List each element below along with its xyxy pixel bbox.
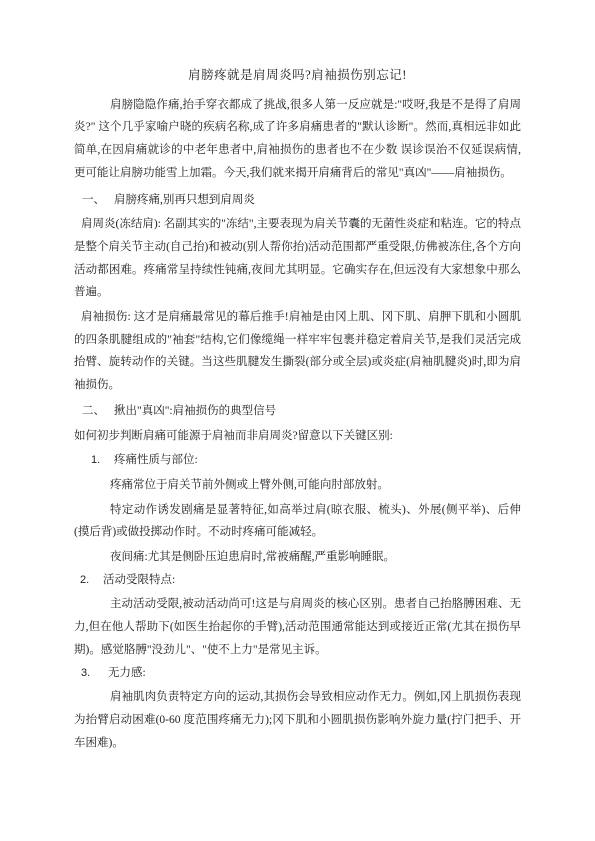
section-1-heading: 一、肩膀疼痛,别再只想到肩周炎 xyxy=(74,189,521,212)
list-item-1: 1.疼痛性质与部位: xyxy=(74,449,521,472)
section-2-heading: 二、揪出"真凶":肩袖损伤的典型信号 xyxy=(74,400,521,423)
document-content: 肩膀疼就是肩周炎吗?肩袖损伤别忘记! 肩膀隐隐作痛,抬手穿衣都成了挑战,很多人第… xyxy=(74,64,521,754)
section-1-number: 一、 xyxy=(82,194,105,206)
section-2-lead-paragraph: 如何初步判断肩痛可能源于肩袖而非肩周炎?留意以下关键区别: xyxy=(74,425,521,448)
list-item-2-number: 2. xyxy=(80,569,103,592)
list-item-2: 2.活动受限特点: xyxy=(74,569,521,592)
list-item-3-title: 无力感: xyxy=(108,667,146,679)
list-item-3: 3.无力感: xyxy=(74,662,521,685)
list-item-1-paragraph-3: 夜间痛:尤其是侧卧压迫患肩时,常被痛醒,严重影响睡眠。 xyxy=(74,546,521,569)
section-1-heading-text: 肩膀疼痛,别再只想到肩周炎 xyxy=(114,194,255,206)
list-item-1-number: 1. xyxy=(91,449,114,472)
list-item-2-paragraph-1: 主动活动受限,被动活动尚可!这是与肩周炎的核心区别。患者自己抬胳膊困难、无力,但… xyxy=(74,593,521,661)
section-2-heading-text: 揪出"真凶":肩袖损伤的典型信号 xyxy=(114,405,276,417)
list-item-1-paragraph-2: 特定动作诱发剧痛是显著特征,如高举过肩(晾衣服、梳头)、外展(侧平举)、后伸(摸… xyxy=(74,499,521,544)
list-item-1-title: 疼痛性质与部位: xyxy=(114,454,198,466)
list-item-3-paragraph-1: 肩袖肌肉负责特定方向的运动,其损伤会导致相应动作无力。例如,冈上肌损伤表现为抬臂… xyxy=(74,686,521,754)
list-item-3-number: 3. xyxy=(81,662,108,685)
list-item-2-title: 活动受限特点: xyxy=(103,574,175,586)
document-page: 肩膀疼就是肩周炎吗?肩袖损伤别忘记! 肩膀隐隐作痛,抬手穿衣都成了挑战,很多人第… xyxy=(0,0,595,841)
document-title: 肩膀疼就是肩周炎吗?肩袖损伤别忘记! xyxy=(74,64,521,87)
list-item-1-paragraph-1: 疼痛常位于肩关节前外侧或上臂外侧,可能向肘部放射。 xyxy=(74,474,521,497)
rotator-cuff-paragraph: 肩袖损伤: 这才是肩痛最常见的幕后推手!肩袖是由冈上肌、冈下肌、肩胛下肌和小圆肌… xyxy=(74,306,521,397)
section-2-number: 二、 xyxy=(82,405,105,417)
frozen-shoulder-paragraph: 肩周炎(冻结肩): 名副其实的"冻结",主要表现为肩关节囊的无菌性炎症和粘连。它… xyxy=(74,213,521,304)
intro-paragraph: 肩膀隐隐作痛,抬手穿衣都成了挑战,很多人第一反应就是:"哎呀,我是不是得了肩周炎… xyxy=(74,94,521,185)
